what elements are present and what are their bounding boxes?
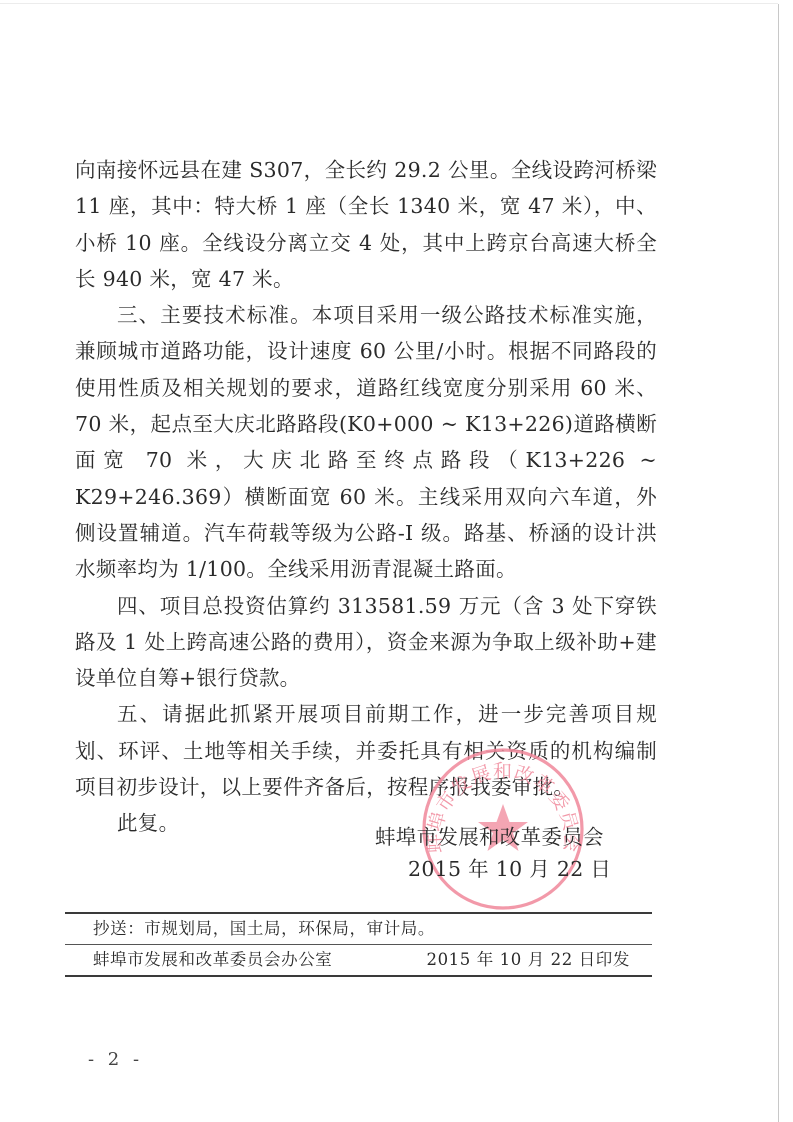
footer-rule-bottom (65, 975, 652, 977)
paragraph-investment: 四、项目总投资估算约 313581.59 万元（含 3 处下穿铁路及 1 处上跨… (75, 588, 657, 697)
scan-right-edge (778, 4, 779, 1122)
cc-recipients: 抄送：市规划局，国土局，环保局，审计局。 (93, 914, 435, 944)
paragraph-technical-standards: 三、主要技术标准。本项目采用一级公路技术标准实施，兼顾城市道路功能，设计速度 6… (75, 297, 657, 587)
page-number: - 2 - (88, 1049, 143, 1070)
paragraph-instructions: 五、请据此抓紧开展项目前期工作，进一步完善项目规划、环评、土地等相关手续，并委托… (75, 696, 657, 805)
paragraph-project-scope: 向南接怀远县在建 S307，全长约 29.2 公里。全线设跨河桥梁 11 座，其… (75, 152, 657, 297)
signature-organization: 蚌埠市发展和改革委员会 (375, 820, 604, 850)
footer-issuer-row: 蚌埠市发展和改革委员会办公室 2015 年 10 月 22 日印发 (65, 945, 652, 975)
issue-date: 2015 年 10 月 22 日印发 (426, 945, 630, 975)
scan-top-edge (0, 3, 778, 4)
footer-cc-row: 抄送：市规划局，国土局，环保局，审计局。 (65, 914, 652, 944)
document-footer: 抄送：市规划局，国土局，环保局，审计局。 蚌埠市发展和改革委员会办公室 2015… (65, 912, 652, 977)
signature-date: 2015 年 10 月 22 日 (408, 852, 611, 882)
issuing-office: 蚌埠市发展和改革委员会办公室 (93, 945, 332, 975)
document-body: 向南接怀远县在建 S307，全长约 29.2 公里。全线设跨河桥梁 11 座，其… (75, 152, 657, 842)
